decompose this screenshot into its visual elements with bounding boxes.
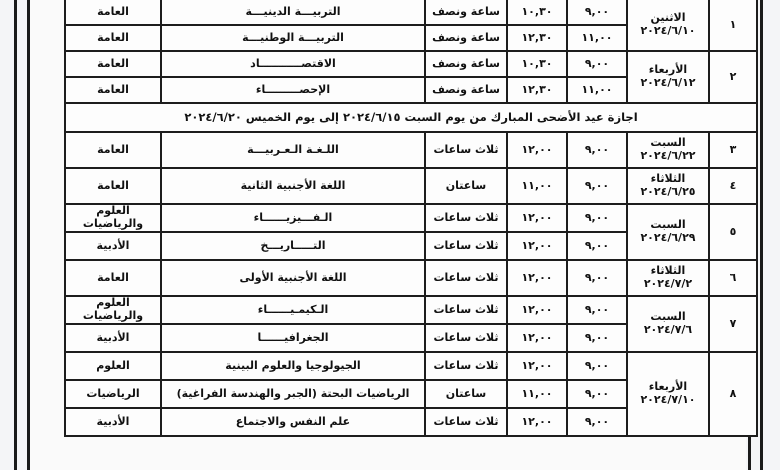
subject: اللغة الأجنبية الأولى	[161, 260, 425, 296]
exam-date: ٢٠٢٤/٦/٢٥	[628, 186, 708, 199]
exam-date: ٢٠٢٤/٧/٦	[628, 324, 708, 337]
subject: علم النفس والاجتماع	[161, 408, 425, 436]
section: العامة	[65, 77, 161, 103]
table-row: ١ الاثنين ٢٠٢٤/٦/١٠ ٩,٠٠ ١٠,٣٠ ساعة ونصف…	[65, 0, 757, 25]
end-time: ١٠,٣٠	[507, 0, 567, 25]
start-time: ٩,٠٠	[567, 168, 627, 204]
subject: الـفـــيزيــــــاء	[161, 204, 425, 232]
duration: ساعة ونصف	[425, 51, 507, 77]
end-time: ١٢,٠٠	[507, 296, 567, 324]
day-date-cell: الثلاثاء ٢٠٢٤/٦/٢٥	[627, 168, 709, 204]
section: العامة	[65, 0, 161, 25]
subject: التربيـــة الوطنيـــة	[161, 25, 425, 51]
section: الرياضيات	[65, 380, 161, 408]
subject: الـكيمـيــــــاء	[161, 296, 425, 324]
end-time: ١٢,٠٠	[507, 352, 567, 380]
end-time: ١٢,٠٠	[507, 408, 567, 436]
start-time: ٩,٠٠	[567, 352, 627, 380]
day-number: ٥	[709, 204, 757, 260]
table-row: ٢ الأربعاء ٢٠٢٤/٦/١٢ ٩,٠٠ ١٠,٣٠ ساعة ونص…	[65, 51, 757, 77]
subject: الإحصـــــــــاء	[161, 77, 425, 103]
table-row: ٨ الأربعاء ٢٠٢٤/٧/١٠ ٩,٠٠ ١٢,٠٠ ثلاث ساع…	[65, 352, 757, 380]
duration: ثلاث ساعات	[425, 352, 507, 380]
day-number: ٦	[709, 260, 757, 296]
table-row: ٦ الثلاثاء ٢٠٢٤/٧/٢ ٩,٠٠ ١٢,٠٠ ثلاث ساعا…	[65, 260, 757, 296]
duration: ثلاث ساعات	[425, 296, 507, 324]
start-time: ٩,٠٠	[567, 0, 627, 25]
day-number: ٧	[709, 296, 757, 352]
start-time: ١١,٠٠	[567, 77, 627, 103]
exam-date: ٢٠٢٤/٧/٢	[628, 278, 708, 291]
end-time: ١٠,٣٠	[507, 51, 567, 77]
start-time: ٩,٠٠	[567, 408, 627, 436]
subject: الجغرافيــــــا	[161, 324, 425, 352]
page-border-line	[760, 0, 763, 470]
section: العامة	[65, 132, 161, 168]
exam-schedule-table: ١ الاثنين ٢٠٢٤/٦/١٠ ٩,٠٠ ١٠,٣٠ ساعة ونصف…	[64, 0, 758, 437]
subject: التـــــاريـــخ	[161, 232, 425, 260]
end-time: ١٢,٠٠	[507, 324, 567, 352]
duration: ساعة ونصف	[425, 25, 507, 51]
day-date-cell: الأربعاء ٢٠٢٤/٧/١٠	[627, 352, 709, 436]
duration: ساعة ونصف	[425, 0, 507, 25]
section: العلوم	[65, 352, 161, 380]
end-time: ١١,٠٠	[507, 380, 567, 408]
holiday-row: اجازة عيد الأضحى المبارك من يوم السبت ٢٠…	[65, 103, 757, 132]
day-number: ١	[709, 0, 757, 51]
day-number: ٤	[709, 168, 757, 204]
duration: ثلاث ساعات	[425, 408, 507, 436]
day-date-cell: الاثنين ٢٠٢٤/٦/١٠	[627, 0, 709, 51]
start-time: ٩,٠٠	[567, 51, 627, 77]
start-time: ٩,٠٠	[567, 204, 627, 232]
day-date-cell: السبت ٢٠٢٤/٦/٢٩	[627, 204, 709, 260]
duration: ساعتان	[425, 168, 507, 204]
section: العامة	[65, 168, 161, 204]
section: الأدبية	[65, 408, 161, 436]
duration: ثلاث ساعات	[425, 204, 507, 232]
start-time: ٩,٠٠	[567, 380, 627, 408]
exam-schedule-sheet: ١ الاثنين ٢٠٢٤/٦/١٠ ٩,٠٠ ١٠,٣٠ ساعة ونصف…	[30, 0, 746, 470]
day-date-cell: السبت ٢٠٢٤/٦/٢٢	[627, 132, 709, 168]
page-border-line	[14, 0, 17, 470]
start-time: ٩,٠٠	[567, 260, 627, 296]
end-time: ١٢,٣٠	[507, 25, 567, 51]
section: العلوم والرياضيات	[65, 204, 161, 232]
start-time: ٩,٠٠	[567, 324, 627, 352]
start-time: ٩,٠٠	[567, 232, 627, 260]
exam-date: ٢٠٢٤/٦/٢٩	[628, 232, 708, 245]
day-number: ٨	[709, 352, 757, 436]
start-time: ٩,٠٠	[567, 296, 627, 324]
section: الأدبية	[65, 324, 161, 352]
day-date-cell: الثلاثاء ٢٠٢٤/٧/٢	[627, 260, 709, 296]
subject: الرياضيات البحتة (الجبر والهندسة الفراغي…	[161, 380, 425, 408]
day-number: ٢	[709, 51, 757, 103]
day-date-cell: السبت ٢٠٢٤/٧/٦	[627, 296, 709, 352]
table-row: ٥ السبت ٢٠٢٤/٦/٢٩ ٩,٠٠ ١٢,٠٠ ثلاث ساعات …	[65, 204, 757, 232]
duration: ثلاث ساعات	[425, 260, 507, 296]
section: العامة	[65, 260, 161, 296]
subject: الجيولوجيا والعلوم البينية	[161, 352, 425, 380]
end-time: ١٢,٠٠	[507, 204, 567, 232]
start-time: ٩,٠٠	[567, 132, 627, 168]
section: العامة	[65, 51, 161, 77]
end-time: ١٢,٠٠	[507, 232, 567, 260]
day-number: ٣	[709, 132, 757, 168]
day-date-cell: الأربعاء ٢٠٢٤/٦/١٢	[627, 51, 709, 103]
table-row: ٧ السبت ٢٠٢٤/٧/٦ ٩,٠٠ ١٢,٠٠ ثلاث ساعات ا…	[65, 296, 757, 324]
table-row: ٣ السبت ٢٠٢٤/٦/٢٢ ٩,٠٠ ١٢,٠٠ ثلاث ساعات …	[65, 132, 757, 168]
end-time: ١١,٠٠	[507, 168, 567, 204]
duration: ساعتان	[425, 380, 507, 408]
end-time: ١٢,٠٠	[507, 260, 567, 296]
exam-date: ٢٠٢٤/٦/١٠	[628, 25, 708, 38]
section: الأدبية	[65, 232, 161, 260]
end-time: ١٢,٠٠	[507, 132, 567, 168]
holiday-notice: اجازة عيد الأضحى المبارك من يوم السبت ٢٠…	[65, 103, 757, 132]
table-row: ٤ الثلاثاء ٢٠٢٤/٦/٢٥ ٩,٠٠ ١١,٠٠ ساعتان ا…	[65, 168, 757, 204]
duration: ساعة ونصف	[425, 77, 507, 103]
subject: التربيـــة الدينيـــة	[161, 0, 425, 25]
duration: ثلاث ساعات	[425, 132, 507, 168]
subject: الاقتصـــــــــــاد	[161, 51, 425, 77]
duration: ثلاث ساعات	[425, 232, 507, 260]
section: العلوم والرياضيات	[65, 296, 161, 324]
subject: اللغة الأجنبية الثانية	[161, 168, 425, 204]
subject: اللـغـة الـعـربيـــة	[161, 132, 425, 168]
start-time: ١١,٠٠	[567, 25, 627, 51]
end-time: ١٢,٣٠	[507, 77, 567, 103]
exam-date: ٢٠٢٤/٦/٢٢	[628, 150, 708, 163]
exam-date: ٢٠٢٤/٧/١٠	[628, 394, 708, 407]
section: العامة	[65, 25, 161, 51]
exam-date: ٢٠٢٤/٦/١٢	[628, 77, 708, 90]
duration: ثلاث ساعات	[425, 324, 507, 352]
